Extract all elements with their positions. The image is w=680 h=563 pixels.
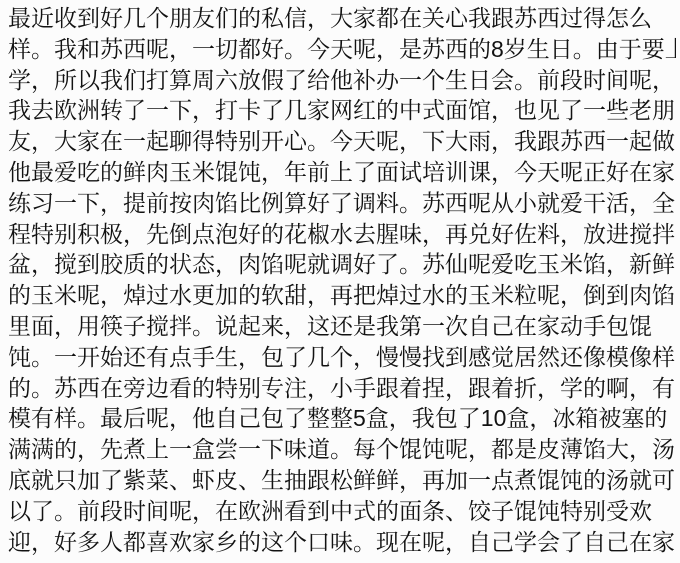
text-line: 的玉米呢，焯过水更加的软甜，再把焯过水的玉米粒呢，倒到肉馅 [8,280,676,311]
text-line: 模有样。最后呢，他自己包了整整5盒，我包了10盒，冰箱被塞的 [8,403,676,434]
text-line: 最近收到好几个朋友们的私信，大家都在关心我跟苏西过得怎么 [8,3,676,34]
text-line: 盆，搅到胶质的状态，肉馅呢就调好了。苏仙呢爱吃玉米馅，新鲜 [8,249,676,280]
text-line: 样。我和苏西呢，一切都好。今天呢，是苏西的8岁生日。由于要上 [8,34,676,65]
text-line: 友，大家在一起聊得特别开心。今天呢，下大雨，我跟苏西一起做 [8,126,676,157]
text-line: 学，所以我们打算周六放假了给他补办一个生日会。前段时间呢， [8,65,676,96]
screenshot-root: { "document": { "lines": [ "最近收到好几个朋友们的私… [0,0,680,563]
text-line: 的。苏西在旁边看的特别专注，小手跟着捏，跟着折，学的啊，有 [8,373,676,404]
text-line: 饨。一开始还有点手生，包了几个，慢慢找到感觉居然还像模像样 [8,342,676,373]
text-line: 以了。前段时间呢，在欧洲看到中式的面条、饺子馄饨特别受欢 [8,496,676,527]
text-line: 他最爱吃的鲜肉玉米馄饨，年前上了面试培训课，今天呢正好在家 [8,157,676,188]
text-line: 里面，用筷子搅拌。说起来，这还是我第一次自己在家动手包馄 [8,311,676,342]
text-line: 满满的，先煮上一盒尝一下味道。每个馄饨呢，都是皮薄馅大，汤 [8,434,676,465]
text-line: 练习一下，提前按肉馅比例算好了调料。苏西呢从小就爱干活，全 [8,188,676,219]
article-text-page: 最近收到好几个朋友们的私信，大家都在关心我跟苏西过得怎么 样。我和苏西呢，一切都… [0,0,680,563]
text-line: 我去欧洲转了一下，打卡了几家网红的中式面馆，也见了一些老朋 [8,95,676,126]
text-line: 底就只加了紫菜、虾皮、生抽跟松鲜鲜，再加一点煮馄饨的汤就可 [8,465,676,496]
text-line: 迎，好多人都喜欢家乡的这个口味。现在呢，自己学会了自己在家 [8,527,676,558]
text-line: 程特别积极，先倒点泡好的花椒水去腥味，再兑好佐料，放进搅拌 [8,219,676,250]
